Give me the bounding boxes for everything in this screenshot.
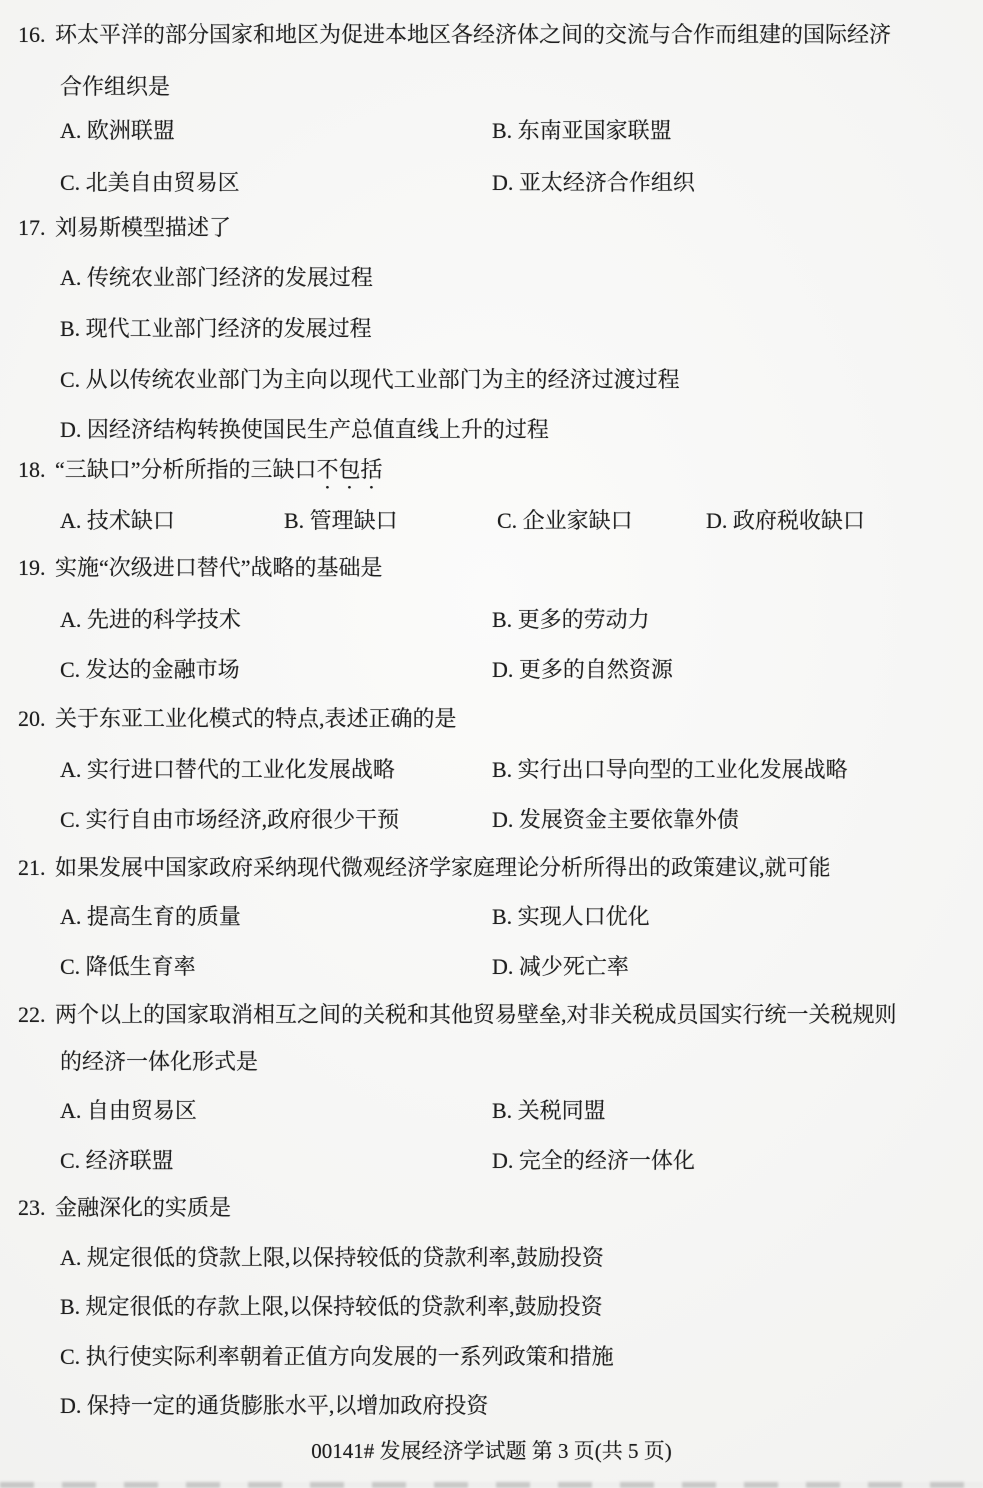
question-18-stem-emphasis: 不包括 xyxy=(317,457,383,482)
question-23-number: 23. xyxy=(18,1183,46,1233)
option-22-d: D. 完全的经济一体化 xyxy=(492,1136,695,1186)
question-19-options-ab: A. 先进的科学技术 B. 更多的劳动力 xyxy=(0,595,983,645)
question-16-number: 16. xyxy=(18,10,46,60)
exam-page: 16. 环太平洋的部分国家和地区为促进本地区各经济体之间的交流与合作而组建的国际… xyxy=(0,0,983,1488)
question-16-stem-cont: 合作组织是 xyxy=(60,62,170,112)
question-22-stem-cont: 的经济一体化形式是 xyxy=(60,1037,258,1087)
option-20-b: B. 实行出口导向型的工业化发展战略 xyxy=(492,745,848,795)
question-17-option-b-row: B. 现代工业部门经济的发展过程 xyxy=(0,304,983,354)
scan-edge-artifact xyxy=(0,1482,983,1488)
question-18-stem-pre: “三缺口”分析所指的三缺口 xyxy=(55,457,317,482)
option-21-c: C. 降低生育率 xyxy=(60,942,196,992)
page-footer: 00141# 发展经济学试题 第 3 页(共 5 页) xyxy=(0,1425,983,1475)
question-23-option-b-row: B. 规定很低的存款上限,以保持较低的贷款利率,鼓励投资 xyxy=(0,1282,983,1332)
question-23-option-c-row: C. 执行使实际利率朝着正值方向发展的一系列政策和措施 xyxy=(0,1332,983,1382)
question-16-options-cd: C. 北美自由贸易区 D. 亚太经济合作组织 xyxy=(0,158,983,208)
question-16-stem-line2: 合作组织是 xyxy=(0,62,983,112)
question-21-number: 21. xyxy=(18,843,46,893)
question-18-options: A. 技术缺口 B. 管理缺口 C. 企业家缺口 D. 政府税收缺口 xyxy=(0,496,983,546)
option-17-c: C. 从以传统农业部门为主向以现代工业部门为主的经济过渡过程 xyxy=(60,355,680,405)
question-23-option-d-row: D. 保持一定的通货膨胀水平,以增加政府投资 xyxy=(0,1381,983,1431)
option-17-a: A. 传统农业部门经济的发展过程 xyxy=(60,253,373,303)
option-23-a: A. 规定很低的贷款上限,以保持较低的贷款利率,鼓励投资 xyxy=(60,1233,604,1283)
option-18-b: B. 管理缺口 xyxy=(284,496,398,546)
question-22-options-ab: A. 自由贸易区 B. 关税同盟 xyxy=(0,1086,983,1136)
option-17-b: B. 现代工业部门经济的发展过程 xyxy=(60,304,372,354)
option-22-c: C. 经济联盟 xyxy=(60,1136,174,1186)
question-20-number: 20. xyxy=(18,694,46,744)
question-22-options-cd: C. 经济联盟 D. 完全的经济一体化 xyxy=(0,1136,983,1186)
option-22-a: A. 自由贸易区 xyxy=(60,1086,197,1136)
option-19-b: B. 更多的劳动力 xyxy=(492,595,650,645)
question-17-option-a-row: A. 传统农业部门经济的发展过程 xyxy=(0,253,983,303)
question-22-number: 22. xyxy=(18,990,46,1040)
question-19-stem: 19. 实施“次级进口替代”战略的基础是 xyxy=(0,543,983,593)
question-17-option-c-row: C. 从以传统农业部门为主向以现代工业部门为主的经济过渡过程 xyxy=(0,355,983,405)
question-19-options-cd: C. 发达的金融市场 D. 更多的自然资源 xyxy=(0,645,983,695)
option-21-b: B. 实现人口优化 xyxy=(492,892,650,942)
question-21-options-cd: C. 降低生育率 D. 减少死亡率 xyxy=(0,942,983,992)
option-20-d: D. 发展资金主要依靠外债 xyxy=(492,795,739,845)
option-19-c: C. 发达的金融市场 xyxy=(60,645,240,695)
option-16-c: C. 北美自由贸易区 xyxy=(60,158,240,208)
option-20-c: C. 实行自由市场经济,政府很少干预 xyxy=(60,795,399,845)
question-17-number: 17. xyxy=(18,203,46,253)
option-21-d: D. 减少死亡率 xyxy=(492,942,629,992)
question-22-stem-line1: 22. 两个以上的国家取消相互之间的关税和其他贸易壁垒,对非关税成员国实行统一关… xyxy=(0,990,983,1040)
question-23-stem: 23. 金融深化的实质是 xyxy=(0,1183,983,1233)
question-16-stem-line1: 16. 环太平洋的部分国家和地区为促进本地区各经济体之间的交流与合作而组建的国际… xyxy=(0,10,983,60)
question-19-stem-text: 实施“次级进口替代”战略的基础是 xyxy=(55,543,383,593)
question-22-stem-line2: 的经济一体化形式是 xyxy=(0,1037,983,1087)
option-20-a: A. 实行进口替代的工业化发展战略 xyxy=(60,745,395,795)
question-20-stem-text: 关于东亚工业化模式的特点,表述正确的是 xyxy=(55,694,457,744)
option-18-d: D. 政府税收缺口 xyxy=(706,496,865,546)
option-19-a: A. 先进的科学技术 xyxy=(60,595,241,645)
question-18-stem: 18. “三缺口”分析所指的三缺口不包括 xyxy=(0,445,983,495)
question-16-options-ab: A. 欧洲联盟 B. 东南亚国家联盟 xyxy=(0,106,983,156)
option-23-d: D. 保持一定的通货膨胀水平,以增加政府投资 xyxy=(60,1381,488,1431)
question-20-options-cd: C. 实行自由市场经济,政府很少干预 D. 发展资金主要依靠外债 xyxy=(0,795,983,845)
question-21-stem: 21. 如果发展中国家政府采纳现代微观经济学家庭理论分析所得出的政策建议,就可能 xyxy=(0,843,983,893)
question-17-stem: 17. 刘易斯模型描述了 xyxy=(0,203,983,253)
option-23-b: B. 规定很低的存款上限,以保持较低的贷款利率,鼓励投资 xyxy=(60,1282,603,1332)
question-23-stem-text: 金融深化的实质是 xyxy=(55,1183,231,1233)
option-23-c: C. 执行使实际利率朝着正值方向发展的一系列政策和措施 xyxy=(60,1332,614,1382)
question-23-option-a-row: A. 规定很低的贷款上限,以保持较低的贷款利率,鼓励投资 xyxy=(0,1233,983,1283)
option-16-a: A. 欧洲联盟 xyxy=(60,106,175,156)
option-22-b: B. 关税同盟 xyxy=(492,1086,606,1136)
page-footer-text: 00141# 发展经济学试题 第 3 页(共 5 页) xyxy=(311,1435,672,1465)
option-16-b: B. 东南亚国家联盟 xyxy=(492,106,672,156)
question-20-stem: 20. 关于东亚工业化模式的特点,表述正确的是 xyxy=(0,694,983,744)
question-21-stem-text: 如果发展中国家政府采纳现代微观经济学家庭理论分析所得出的政策建议,就可能 xyxy=(55,843,831,893)
question-21-options-ab: A. 提高生育的质量 B. 实现人口优化 xyxy=(0,892,983,942)
question-19-number: 19. xyxy=(18,543,46,593)
question-22-stem-text: 两个以上的国家取消相互之间的关税和其他贸易壁垒,对非关税成员国实行统一关税规则 xyxy=(55,990,897,1040)
option-21-a: A. 提高生育的质量 xyxy=(60,892,241,942)
option-18-a: A. 技术缺口 xyxy=(60,496,175,546)
option-18-c: C. 企业家缺口 xyxy=(497,496,633,546)
question-17-stem-text: 刘易斯模型描述了 xyxy=(55,203,231,253)
option-16-d: D. 亚太经济合作组织 xyxy=(492,158,695,208)
question-18-stem-text: “三缺口”分析所指的三缺口不包括 xyxy=(55,445,383,495)
question-20-options-ab: A. 实行进口替代的工业化发展战略 B. 实行出口导向型的工业化发展战略 xyxy=(0,745,983,795)
option-19-d: D. 更多的自然资源 xyxy=(492,645,673,695)
question-16-stem-text: 环太平洋的部分国家和地区为促进本地区各经济体之间的交流与合作而组建的国际经济 xyxy=(55,10,891,60)
question-18-number: 18. xyxy=(18,445,46,495)
